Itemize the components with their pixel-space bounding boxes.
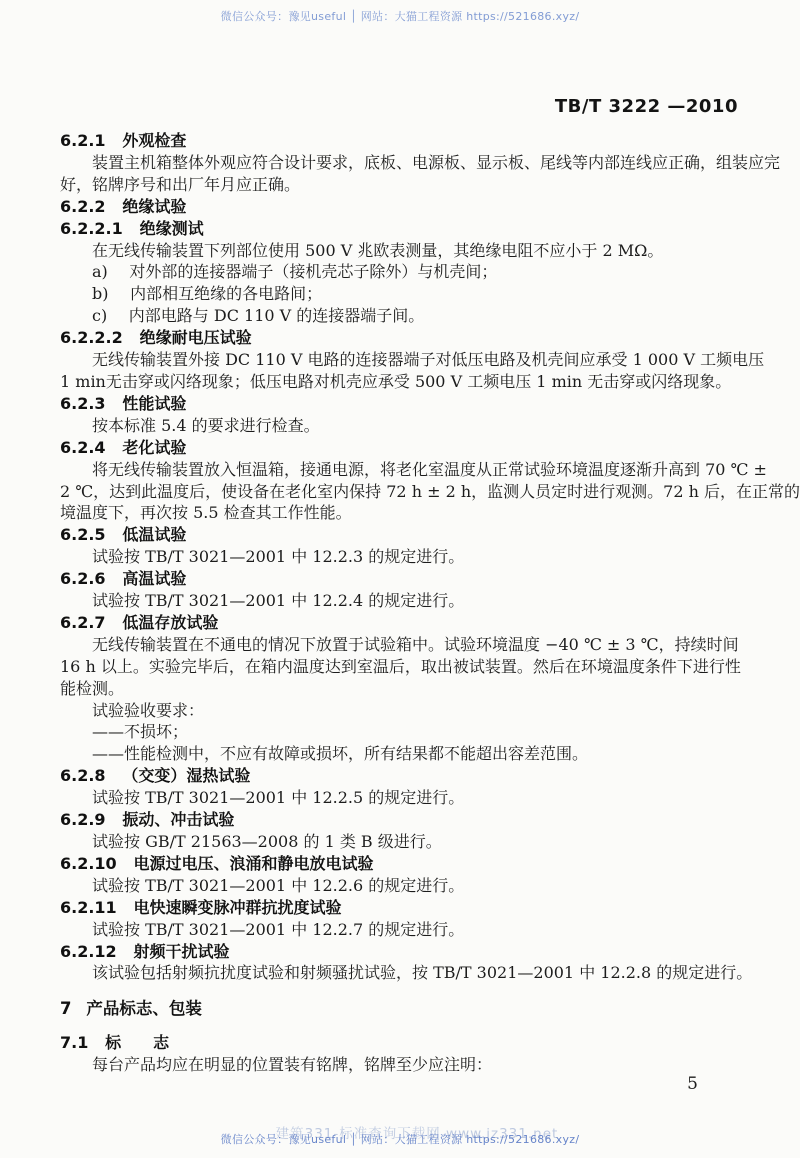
section-heading: 6.2.2.1绝缘测试 (60, 218, 744, 240)
document-number: TB/T 3222 —2010 (555, 96, 738, 117)
heading-number: 6.2.11 (60, 898, 117, 917)
text-line: 该试验包括射频抗扰度试验和射频骚扰试验，按 TB/T 3021—2001 中 1… (60, 962, 744, 984)
text-line: 无线传输装置外接 DC 110 V 电路的连接器端子对低压电路及机壳间应承受 1… (60, 349, 744, 371)
text-line: 境温度下，再次按 5.5 检查其工作性能。 (60, 502, 744, 524)
text-line: 将无线传输装置放入恒温箱，接通电源，将老化室温度从正常试验环境温度逐渐升高到 7… (60, 459, 744, 481)
heading-title: 绝缘耐电压试验 (140, 328, 252, 347)
heading-number: 6.2.4 (60, 438, 106, 457)
list-item-label: c) (92, 306, 107, 325)
heading-number: 7.1 (60, 1033, 88, 1052)
heading-title: 振动、冲击试验 (122, 810, 234, 829)
section-heading: 6.2.2.2绝缘耐电压试验 (60, 327, 744, 349)
top-watermark: 微信公众号：豫见useful │ 网站：大猫工程资源 https://52168… (0, 8, 800, 24)
text-line: 16 h 以上。实验完毕后，在箱内温度达到室温后，取出被试装置。然后在环境温度条… (60, 656, 744, 678)
heading-title: 射频干扰试验 (133, 942, 229, 961)
text-line: 试验按 GB/T 21563—2008 的 1 类 B 级进行。 (60, 831, 744, 853)
heading-number: 6.2.12 (60, 942, 117, 961)
list-item-label: b) (92, 284, 108, 303)
heading-title: 标 志 (105, 1033, 169, 1052)
text-line: 试验按 TB/T 3021—2001 中 12.2.3 的规定进行。 (60, 546, 744, 568)
heading-title: 外观检查 (122, 131, 186, 150)
heading-title: 产品标志、包装 (86, 999, 202, 1018)
text-line: 能检测。 (60, 678, 744, 700)
heading-title: 电快速瞬变脉冲群抗扰度试验 (133, 898, 341, 917)
section-heading: 6.2.2绝缘试验 (60, 196, 744, 218)
heading-title: 高温试验 (122, 569, 186, 588)
heading-title: 绝缘测试 (140, 219, 204, 238)
section-heading: 6.2.7低温存放试验 (60, 612, 744, 634)
section-heading: 6.2.8（交变）湿热试验 (60, 765, 744, 787)
text-line: 装置主机箱整体外观应符合设计要求，底板、电源板、显示板、尾线等内部连线应正确，组… (60, 152, 744, 174)
heading-number: 6.2.6 (60, 569, 106, 588)
text-line: 每台产品均应在明显的位置装有铭牌，铭牌至少应注明： (60, 1054, 744, 1076)
scanned-standard-page: { "page": { "background_color": "#fbfbf9… (0, 0, 800, 1158)
heading-number: 7 (60, 999, 71, 1018)
heading-number: 6.2.2.2 (60, 328, 123, 347)
list-item: c)内部电路与 DC 110 V 的连接器端子间。 (60, 305, 744, 327)
section-heading: 6.2.12射频干扰试验 (60, 941, 744, 963)
section-heading: 6.2.11电快速瞬变脉冲群抗扰度试验 (60, 897, 744, 919)
document-body: 6.2.1外观检查装置主机箱整体外观应符合设计要求，底板、电源板、显示板、尾线等… (60, 130, 744, 1076)
section-heading: 6.2.5低温试验 (60, 524, 744, 546)
list-item-label: a) (92, 262, 108, 281)
text-line: ——不损坏； (60, 721, 744, 743)
list-item-text: 对外部的连接器端子（接机壳芯子除外）与机壳间； (129, 262, 497, 281)
heading-number: 6.2.1 (60, 131, 106, 150)
section-heading: 6.2.6高温试验 (60, 568, 744, 590)
heading-number: 6.2.8 (60, 766, 106, 785)
text-line: 试验按 TB/T 3021—2001 中 12.2.5 的规定进行。 (60, 787, 744, 809)
heading-number: 6.2.10 (60, 854, 117, 873)
text-line: 2 ℃，达到此温度后，使设备在老化室内保持 72 h ± 2 h，监测人员定时进… (60, 481, 744, 503)
heading-title: 低温试验 (122, 525, 186, 544)
text-line: 试验按 TB/T 3021—2001 中 12.2.4 的规定进行。 (60, 590, 744, 612)
section-heading: 6.2.9振动、冲击试验 (60, 809, 744, 831)
heading-title: （交变）湿热试验 (122, 766, 250, 785)
text-line: 试验验收要求： (60, 700, 744, 722)
heading-number: 6.2.5 (60, 525, 106, 544)
text-line: 好，铭牌序号和出厂年月应正确。 (60, 174, 744, 196)
heading-title: 电源过电压、浪涌和静电放电试验 (133, 854, 373, 873)
heading-number: 6.2.7 (60, 613, 106, 632)
heading-title: 老化试验 (122, 438, 186, 457)
heading-number: 6.2.3 (60, 394, 106, 413)
text-line: 在无线传输装置下列部位使用 500 V 兆欧表测量，其绝缘电阻不应小于 2 MΩ… (60, 240, 744, 262)
list-item: a)对外部的连接器端子（接机壳芯子除外）与机壳间； (60, 261, 744, 283)
text-line: 试验按 TB/T 3021—2001 中 12.2.6 的规定进行。 (60, 875, 744, 897)
text-line: ——性能检测中，不应有故障或损坏，所有结果都不能超出容差范围。 (60, 743, 744, 765)
list-item-text: 内部电路与 DC 110 V 的连接器端子间。 (129, 306, 425, 325)
heading-title: 绝缘试验 (122, 197, 186, 216)
page-number: 5 (687, 1074, 698, 1094)
chapter-heading: 7产品标志、包装 (60, 998, 744, 1020)
bottom-watermark-front: 微信公众号：豫见useful │ 网站：大猫工程资源 https://52168… (221, 1131, 580, 1147)
text-line: 试验按 TB/T 3021—2001 中 12.2.7 的规定进行。 (60, 919, 744, 941)
section-heading: 6.2.4老化试验 (60, 437, 744, 459)
heading-number: 6.2.2.1 (60, 219, 123, 238)
text-line: 无线传输装置在不通电的情况下放置于试验箱中。试验环境温度 −40 ℃ ± 3 ℃… (60, 634, 744, 656)
heading-number: 6.2.9 (60, 810, 106, 829)
heading-title: 性能试验 (122, 394, 186, 413)
text-line: 1 min无击穿或闪络现象；低压电路对机壳应承受 500 V 工频电压 1 mi… (60, 371, 744, 393)
section-heading: 6.2.3性能试验 (60, 393, 744, 415)
list-item-text: 内部相互绝缘的各电路间； (130, 284, 322, 303)
heading-number: 6.2.2 (60, 197, 106, 216)
section-heading: 7.1标 志 (60, 1032, 744, 1054)
section-heading: 6.2.1外观检查 (60, 130, 744, 152)
text-line: 按本标准 5.4 的要求进行检查。 (60, 415, 744, 437)
heading-title: 低温存放试验 (122, 613, 218, 632)
section-heading: 6.2.10电源过电压、浪涌和静电放电试验 (60, 853, 744, 875)
list-item: b)内部相互绝缘的各电路间； (60, 283, 744, 305)
